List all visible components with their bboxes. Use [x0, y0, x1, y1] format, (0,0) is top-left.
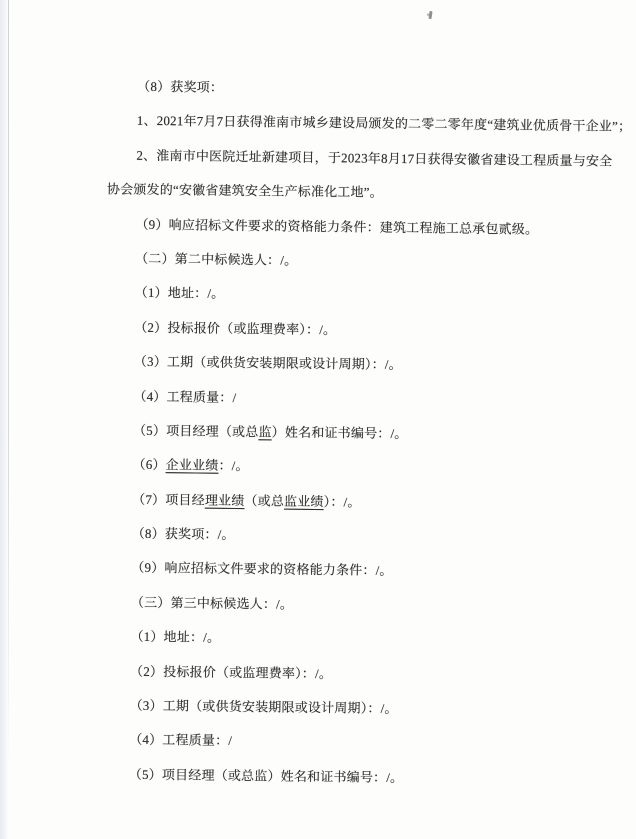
text-segment: （9）响应招标文件要求的资格能力条件：/。	[131, 560, 392, 578]
text-line: （1）地址：/。	[101, 620, 593, 660]
text-segment: （3）工期（或供货安装期限或设计周期）：/。	[134, 354, 402, 372]
text-segment: ）姓名和证书编号：/。	[272, 424, 408, 441]
scan-speck	[428, 11, 432, 19]
text-segment: （2）投标报价（或监理费率）：/。	[134, 319, 336, 336]
text-segment: （4）工程质量：/	[129, 732, 232, 748]
text-line: 1、2021年7月7日获得淮南市城乡建设局颁发的二零二零年度“建筑业优质骨干企业…	[108, 104, 600, 144]
text-segment: （5）项目经理（或总监）姓名和证书编号：/。	[129, 767, 404, 785]
text-segment: （8）获奖项：/。	[132, 526, 235, 542]
text-line: （4）工程质量：/	[104, 379, 596, 419]
text-segment: ：/。	[218, 458, 248, 473]
text-segment: （二）第二中标候选人：/。	[135, 251, 297, 268]
text-line: （3）工期（或供货安装期限或设计周期）：/。	[105, 345, 597, 385]
text-segment: （3）工期（或供货安装期限或设计周期）：/。	[130, 698, 398, 716]
document-body: （8）获奖项：1、2021年7月7日获得淮南市城乡建设局颁发的二零二零年度“建筑…	[0, 68, 636, 798]
text-line: 协会颁发的“安徽省建筑安全生产标准化工地”。	[107, 173, 599, 213]
text-segment: （8）获奖项：	[137, 79, 223, 95]
text-segment: （或总	[244, 493, 284, 508]
text-line: （5）项目经理（或总监）姓名和证书编号：/。	[100, 757, 592, 797]
scanned-document-page: （8）获奖项：1、2021年7月7日获得淮南市城乡建设局颁发的二零二零年度“建筑…	[0, 0, 636, 839]
text-line: （9）响应招标文件要求的资格能力条件：/。	[102, 551, 594, 591]
underlined-text: 企业业绩	[166, 457, 219, 473]
underlined-text: 监	[258, 424, 271, 439]
text-segment: （6）	[133, 457, 166, 472]
text-segment: ）：/。	[324, 494, 361, 509]
underlined-text: 理业绩	[205, 492, 245, 507]
text-segment: （9）响应招标文件要求的资格能力条件：建筑工程施工总承包贰级。	[135, 216, 538, 236]
text-segment: 2、淮南市中医院迁址新建项目，于2023年8月17日获得安徽省建设工程质量与安全	[136, 148, 612, 169]
underlined-text: 监业绩	[284, 493, 324, 508]
text-segment: （4）工程质量：/	[133, 388, 236, 404]
text-segment: （1）地址：/。	[135, 285, 225, 301]
text-line: （4）工程质量：/	[100, 723, 592, 763]
text-segment: 1、2021年7月7日获得淮南市城乡建设局颁发的二零二零年度“建筑业优质骨干企业…	[137, 113, 632, 134]
text-segment: （5）项目经理（或总	[133, 423, 259, 440]
text-segment: （2）投标报价（或监理费率）：/。	[130, 663, 332, 680]
text-segment: 协会颁发的“安徽省建筑安全生产标准化工地”。	[107, 182, 383, 200]
text-line: （6）企业业绩：/。	[103, 448, 595, 488]
text-segment: （1）地址：/。	[130, 629, 220, 645]
text-segment: （7）项目经	[132, 491, 205, 507]
text-line: （1）地址：/。	[105, 276, 597, 316]
text-segment: （三）第三中标候选人：/。	[131, 595, 293, 612]
